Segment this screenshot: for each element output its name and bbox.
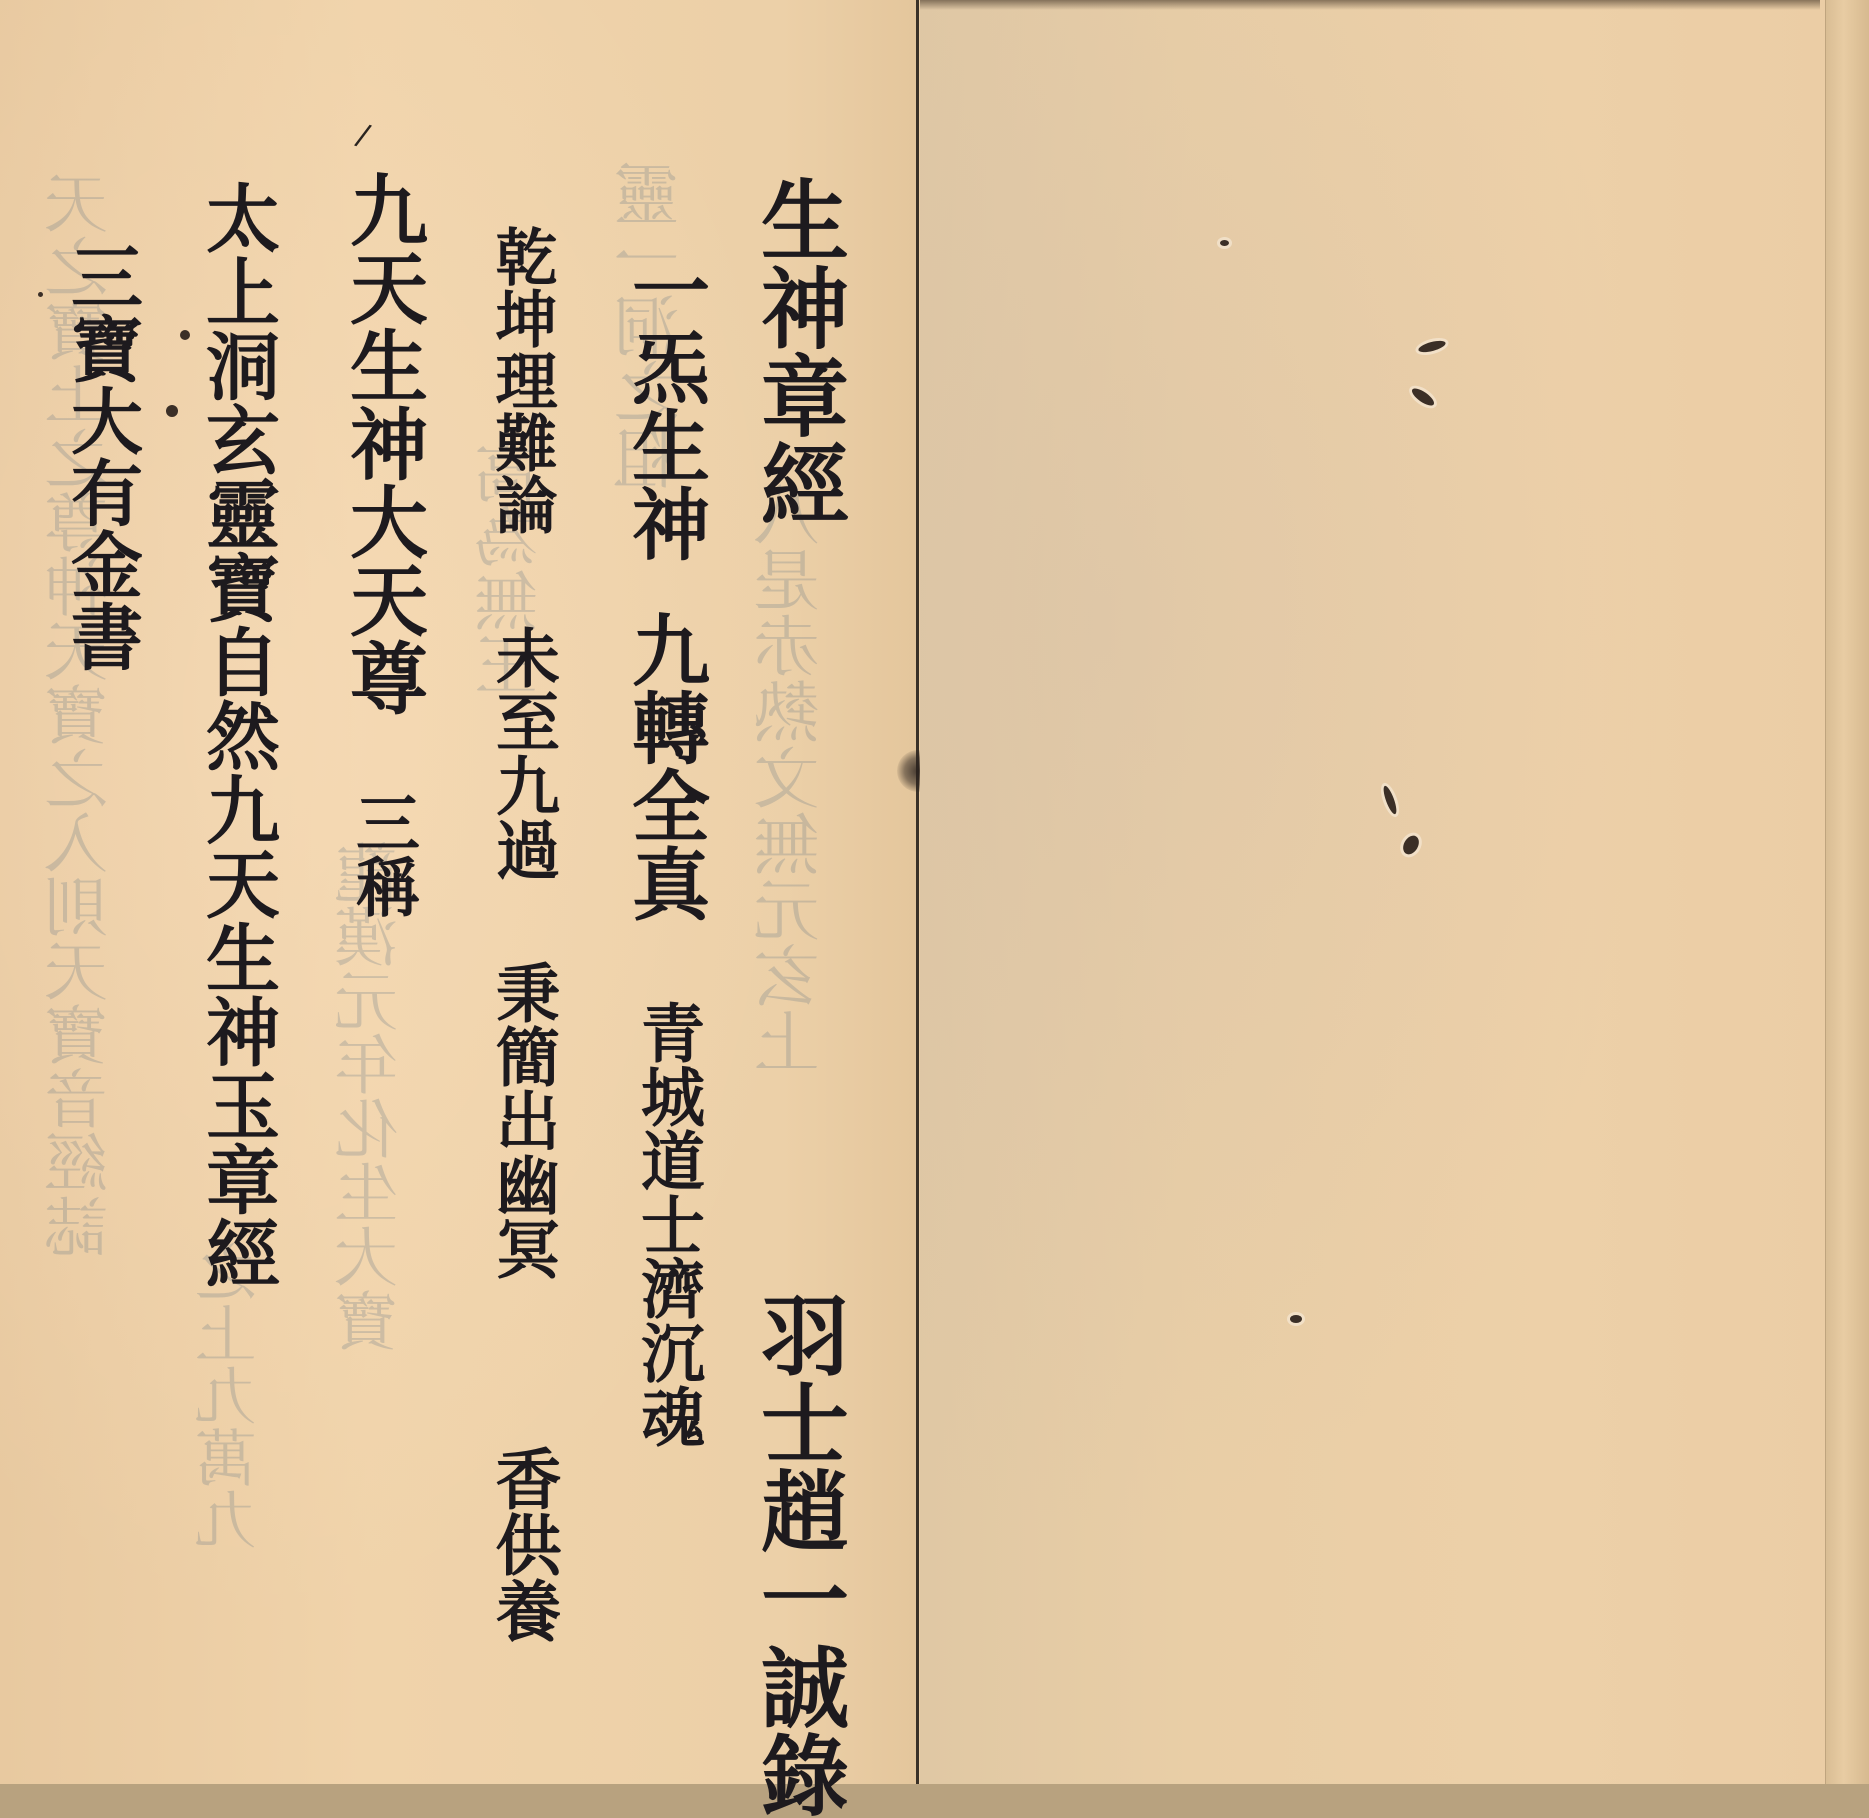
column-3-segment-1: 乾坤理難論	[485, 225, 558, 535]
page-stack-edge	[1825, 0, 1869, 1784]
column-4-part-2: 三稱	[350, 790, 414, 918]
ink-spot	[180, 330, 190, 340]
book-spread: 靈一洞之粗 八是赤熱文無元玄上 高為無王 龍漢元年化生大寶 之上九萬九 天之寶上…	[0, 0, 1869, 1784]
column-6-segment-1: 三寶大有金書	[59, 240, 144, 672]
right-page	[920, 0, 1825, 1784]
column-3-part-3: 秉簡出幽冥	[490, 960, 554, 1280]
column-6: 三寶大有金書	[65, 240, 137, 672]
column-4-part-1: 九天生神大天尊	[343, 170, 421, 716]
wormhole	[1417, 339, 1446, 355]
wormhole	[1290, 1315, 1302, 1323]
column-2-part-2: 九轉全真	[625, 610, 703, 922]
column-2-part-1: 一炁生神	[625, 250, 703, 562]
tick-mark: /	[352, 117, 373, 153]
center-fold-line	[916, 0, 919, 1784]
top-edge-shadow	[920, 0, 1820, 10]
column-4-segment-2: 三稱	[345, 790, 420, 918]
column-1-segment-2: 羽士趙一誠錄	[747, 1290, 851, 1784]
bleed-through-text: 八是赤熱文無元玄上	[760, 480, 826, 1074]
column-5-segment-1: 太上洞玄靈寶自然九天生神玉章經	[194, 180, 280, 1290]
column-2-segment-1: 一炁生神	[619, 250, 710, 562]
column-4-segment-1: 九天生神大天尊	[337, 170, 428, 716]
wormhole	[1381, 785, 1399, 816]
column-2-part-3: 青城道士濟沉魂	[635, 1000, 699, 1448]
column-2-segment-3: 青城道士濟沉魂	[630, 1000, 705, 1448]
ink-spot	[166, 405, 178, 417]
column-3-segment-2: 未至九過	[485, 625, 560, 881]
column-1-segment-1: 生神章經	[747, 175, 851, 527]
column-1-title: 生神章經	[755, 175, 843, 527]
column-1-scribe: 羽士趙一誠錄	[755, 1290, 843, 1784]
column-3-segment-3: 秉簡出幽冥	[485, 960, 560, 1280]
wormhole	[1220, 240, 1229, 246]
column-3-part-1: 乾坤理難論	[490, 225, 552, 535]
wormhole	[1409, 385, 1436, 408]
column-3-part-4: 香供養	[490, 1445, 556, 1643]
ink-spot	[38, 292, 43, 297]
column-5: 太上洞玄靈寶自然九天生神玉章經	[200, 180, 274, 1290]
left-page: 靈一洞之粗 八是赤熱文無元玄上 高為無王 龍漢元年化生大寶 之上九萬九 天之寶上…	[0, 0, 918, 1784]
column-3-part-2: 未至九過	[490, 625, 554, 881]
wormhole	[1400, 833, 1422, 857]
column-2-segment-2: 九轉全真	[619, 610, 710, 922]
column-3-segment-4: 香供養	[484, 1445, 562, 1643]
